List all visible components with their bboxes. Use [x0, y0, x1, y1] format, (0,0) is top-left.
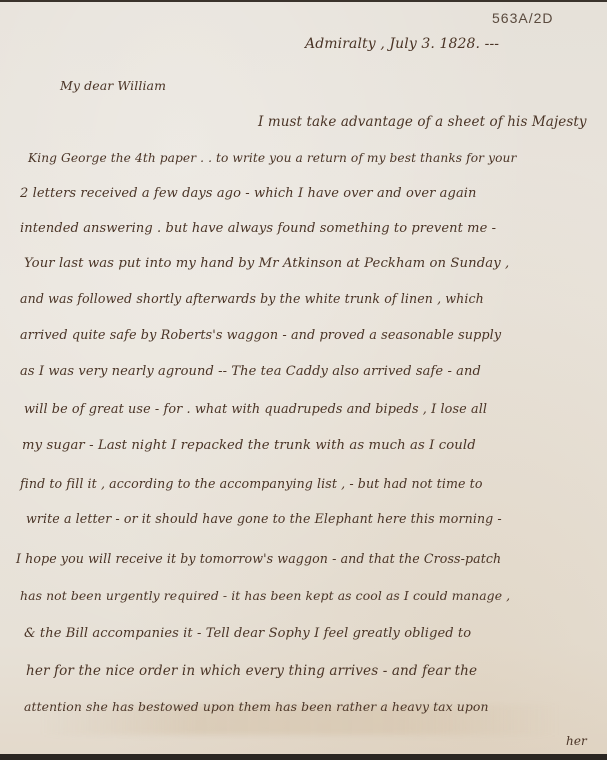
- letter-page: 563A/2D Admiralty , July 3. 1828. --- My…: [0, 0, 607, 757]
- scan-bottom-edge: [0, 754, 607, 757]
- body-line-13: I hope you will receive it by tomorrow's…: [16, 551, 501, 566]
- place-date-header: Admiralty , July 3. 1828. ---: [305, 36, 499, 52]
- body-line-11: find to fill it , according to the accom…: [20, 476, 483, 491]
- body-line-7: arrived quite safe by Roberts's waggon -…: [20, 328, 501, 343]
- body-line-10: my sugar - Last night I repacked the tru…: [22, 438, 476, 453]
- body-line-2: King George the 4th paper . . to write y…: [28, 151, 516, 165]
- body-line-16: her for the nice order in which every th…: [26, 663, 477, 679]
- body-line-4: intended answering . but have always fou…: [20, 221, 496, 236]
- catchword: her: [566, 734, 587, 748]
- body-line-5: Your last was put into my hand by Mr Atk…: [24, 256, 509, 271]
- body-line-3: 2 letters received a few days ago - whic…: [20, 186, 477, 201]
- scan-top-edge: [0, 0, 607, 2]
- body-line-8: as I was very nearly aground -- The tea …: [20, 364, 481, 379]
- body-line-17: attention she has bestowed upon them has…: [24, 699, 489, 714]
- body-line-6: and was followed shortly afterwards by t…: [20, 291, 484, 306]
- body-line-9: will be of great use - for . what with q…: [24, 402, 487, 417]
- archive-reference: 563A/2D: [492, 10, 553, 26]
- body-line-14: has not been urgently required - it has …: [20, 588, 510, 603]
- body-line-1: I must take advantage of a sheet of his …: [258, 114, 587, 130]
- body-line-15: & the Bill accompanies it - Tell dear So…: [24, 626, 471, 641]
- body-line-12: write a letter - or it should have gone …: [26, 511, 502, 526]
- salutation: My dear William: [60, 78, 166, 93]
